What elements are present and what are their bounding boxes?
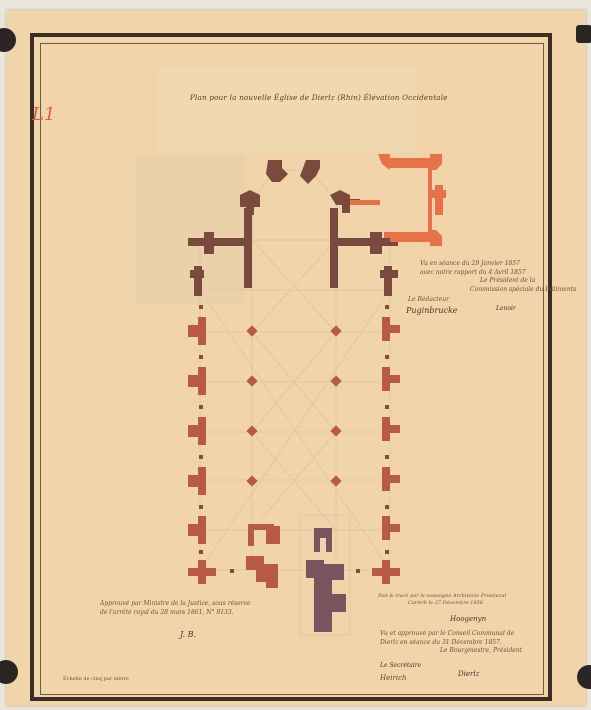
signature-lenoir: Lenoir	[496, 305, 516, 312]
note-line: Vu en séance du 29 Janvier 1857	[420, 260, 576, 269]
wall-dots	[199, 305, 389, 573]
signature-secretary: Heirich	[380, 674, 407, 682]
nave-buttresses	[188, 305, 400, 588]
west-tower	[306, 528, 346, 632]
note-line: Commission spéciale du Bâtiments	[420, 286, 576, 295]
note-line: Dierlz en séance du 31 Décembre 1857.	[380, 639, 522, 648]
note-line: Le Président de la	[420, 277, 576, 286]
approval-note-right: Vu en séance du 29 Janvier 1857 avec not…	[420, 260, 576, 294]
approval-note-bottom-left: Approuvé par Ministre de la Justice, sou…	[100, 600, 251, 617]
note-line: de l'arrêté royal du 28 mars 1861, N° 91…	[100, 609, 251, 618]
council-approval-note: Vu et approuvé par le Conseil Communal d…	[380, 630, 522, 656]
note-line: Le Bourgmestre, Président	[380, 647, 522, 656]
note-line: Carlsrh le 27 Décembre 1856	[378, 600, 506, 607]
signature-architect: Hoogenyn	[450, 615, 486, 623]
note-line: Approuvé par Ministre de la Justice, sou…	[100, 600, 251, 609]
scale-stamp: Échelle de cinq par mètre	[63, 676, 129, 682]
apse-walls	[188, 160, 398, 296]
signature-label-left: Le Rédacteur	[408, 296, 449, 305]
architect-header: Fait & tracé par le soussigné Architecte…	[378, 593, 506, 607]
signature-mayor: Dierlz	[458, 670, 479, 678]
signature-puginbrucke: Puginbrucke	[406, 306, 458, 315]
signature-bottom-left: J. B.	[180, 630, 196, 639]
note-line: Vu et approuvé par le Conseil Communal d…	[380, 630, 522, 639]
nave-piers	[246, 325, 341, 486]
signature-secretary-label: Le Secrétaire	[380, 662, 421, 669]
note-line: Fait & tracé par le soussigné Architecte…	[378, 593, 506, 600]
note-line: avec notre rapport du 4 Avril 1857	[420, 269, 576, 278]
